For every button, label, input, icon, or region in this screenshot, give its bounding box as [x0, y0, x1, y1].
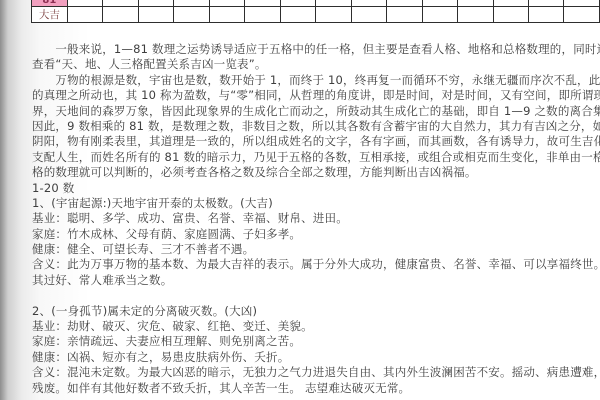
- table-cell-empty: [316, 7, 351, 23]
- text-line: 查看“天、地、人三格配置关系吉凶一览表”。: [32, 57, 584, 72]
- table-cell-empty: [422, 7, 457, 23]
- text-line: 的真理之所动也，其 10 称为盈数，与“零”相同，从哲理的角度讲，即是时间，对是…: [32, 88, 584, 103]
- text-line: 健康：健全、可望长寿、三才不善者不遇。: [32, 242, 584, 257]
- text-line: 家庭：竹木成林、父母有荫、家庭圆满、子妇多孝。: [32, 227, 584, 242]
- text-line: 含义：混沌未定数。为最大凶恶的暗示，无独力之气力进退失自由、其内外生波澜困苦不安…: [32, 365, 584, 380]
- text-line: 万物的根源是数，宇宙也是数，数开始于 1，而终于 10，终再复一而循环不穷，永继…: [32, 73, 584, 88]
- text-line: 界，天地间的森罗万象，皆因此现象界的生成化亡而动之，所鼓动其生成化亡的基础，即自…: [32, 104, 584, 119]
- table-cell-empty: [138, 7, 173, 23]
- text-line: 基业：劫财、破灭、灾危、破家、红艳、变迁、美貌。: [32, 319, 584, 334]
- table-cell-empty: [493, 7, 528, 23]
- text-line: 格的数理就可以判断的，必须考查各格之数及综合全部之数理，方能判断出吉凶祸福。: [32, 165, 584, 180]
- text-line: 2、(一身孤节)属未定的分离破灭数。(大凶): [32, 304, 584, 319]
- table-cell-empty: [351, 7, 386, 23]
- text-line: 残废。如伴有其他好数者不致夭折，其人辛苦一生。 志望难达破灭无常。: [32, 381, 584, 396]
- document-lines: 一般来说，1—81 数理之运势诱导适应于五格中的任一格，但主要是查看人格、地格和…: [32, 42, 584, 396]
- text-line: 一般来说，1—81 数理之运势诱导适应于五格中的任一格，但主要是查看人格、地格和…: [32, 42, 584, 57]
- table-cell-empty: [564, 7, 600, 23]
- text-line: 1、(宇宙起源:)天地宇宙开泰的太极数。(大吉): [32, 196, 584, 211]
- text-line: 家庭：亲情疏远、夫妻应相互理解、则免别离之苦。: [32, 334, 584, 349]
- text-line: 支配人生，而姓名所有的 81 数的暗示力，乃见于五格的各数，互相承接，或组合或相…: [32, 150, 584, 165]
- table-cell-empty: [528, 7, 563, 23]
- text-line: 1-20 数: [32, 181, 584, 196]
- table-cell-grade: 大吉: [32, 7, 68, 23]
- text-line: 健康：凶祸、短亦有之，易患皮肤病外伤、夭折。: [32, 350, 584, 365]
- text-line: [32, 288, 584, 303]
- text-line: 因此，9 数相乘的 81 数，是数理之数，非数目之数，所以其各数有含蓄宇宙的大自…: [32, 119, 584, 134]
- table-row-grade: 大吉: [32, 7, 600, 23]
- table-cell-empty: [458, 7, 493, 23]
- table-cell-empty: [103, 7, 138, 23]
- text-line: 阴阳，物有刚柔表里，其道理是一致的，所以组成姓名的文字，各有字画，而其画数，各有…: [32, 134, 584, 149]
- text-line: 其过好、常人难承当之数。: [32, 273, 584, 288]
- table-cell-empty: [209, 7, 244, 23]
- text-line: 含义：此为万事万物的基本数、为最大吉祥的表示。属于分外大成功，健康富贵、名誉、幸…: [32, 257, 584, 272]
- table-cell-empty: [174, 7, 209, 23]
- grade-table: 81 大吉: [31, 0, 600, 23]
- text-line: 基业：聪明、多学、成功、富贵、名誉、幸福、财帛、进田。: [32, 211, 584, 226]
- table-cell-empty: [245, 7, 280, 23]
- table-cell-empty: [280, 7, 315, 23]
- table-cell-empty: [67, 7, 102, 23]
- table-cell-empty: [387, 7, 422, 23]
